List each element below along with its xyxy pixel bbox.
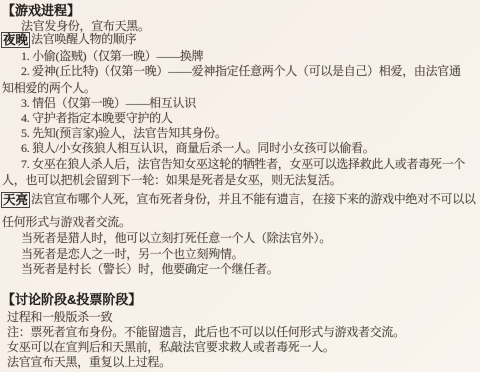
step-1-thief: 1. 小偷(盗贼)（仅第一晚）——换牌 [0, 49, 480, 64]
step-2-cupid: 2. 爱神(丘比特)（仅第一晚）——爱神指定任意两个人（可以是自己）相爱，由法官… [0, 64, 480, 79]
line-daybreak-section: 天亮法官宣布哪个人死，宣布死者身份，并且不能有遗言，在接下来的游戏中绝对不可以以 [0, 192, 480, 208]
heading-discussion-vote: 【讨论阶段&投票阶段】 [0, 292, 480, 307]
line-witch-after-verdict: 女巫可以在宣判后和天黑前，私敲法官要求救人或者毒死一人。 [0, 340, 480, 355]
step-7-witch-wrap: 人，也可以把机会留到下一轮：如果是死者是女巫，则无法复活。 [0, 173, 480, 188]
step-2-cupid-wrap: 知相爱的两个人。 [0, 81, 480, 96]
line-night-section: 夜晚法官唤醒人物的顺序 [0, 32, 480, 48]
step-4-guardian: 4. 守护者指定本晚要守护的人 [0, 111, 480, 126]
night-line-text: 法官唤醒人物的顺序 [31, 32, 136, 46]
line-same-as-standard: 过程和一般版杀一致 [0, 310, 480, 325]
step-7-witch: 7. 女巫在狼人杀人后，法官告知女巫这轮的牺牲者，女巫可以选择救此人或者毒死一个 [0, 157, 480, 172]
step-3-lovers: 3. 情侣（仅第一晚）——相互认识 [0, 96, 480, 111]
step-6-werewolves: 6. 狼人/小女孩狼人相互认识，商量后杀一人。同时小女孩可以偷看。 [0, 141, 480, 156]
heading-game-process: 【游戏进程】 [0, 3, 480, 18]
line-lover-death: 当死者是恋人之一时，另一个也立刻殉情。 [0, 247, 480, 262]
line-vote-note: 注：票死者宣布身份。不能留遗言，此后也不可以以任何形式与游戏者交流。 [0, 325, 480, 340]
line-daybreak-wrap: 任何形式与游戏者交流。 [0, 215, 480, 230]
step-5-seer: 5. 先知(预言家)验人，法官告知其身份。 [0, 126, 480, 141]
line-mayor-death: 当死者是村长（警长）时，他要确定一个继任者。 [0, 262, 480, 277]
line-repeat-process: 法官宣布天黑，重复以上过程。 [0, 355, 480, 370]
line-hunter-death: 当死者是猎人时，他可以立刻打死任意一个人（除法官外）。 [0, 231, 480, 246]
night-box-label: 夜晚 [1, 32, 30, 48]
document-page: 【游戏进程】 法官发身份，宣布天黑。 夜晚法官唤醒人物的顺序 1. 小偷(盗贼)… [0, 0, 480, 372]
daybreak-box-label: 天亮 [1, 192, 30, 208]
daybreak-line-text: 法官宣布哪个人死，宣布死者身份，并且不能有遗言，在接下来的游戏中绝对不可以以 [31, 192, 476, 206]
